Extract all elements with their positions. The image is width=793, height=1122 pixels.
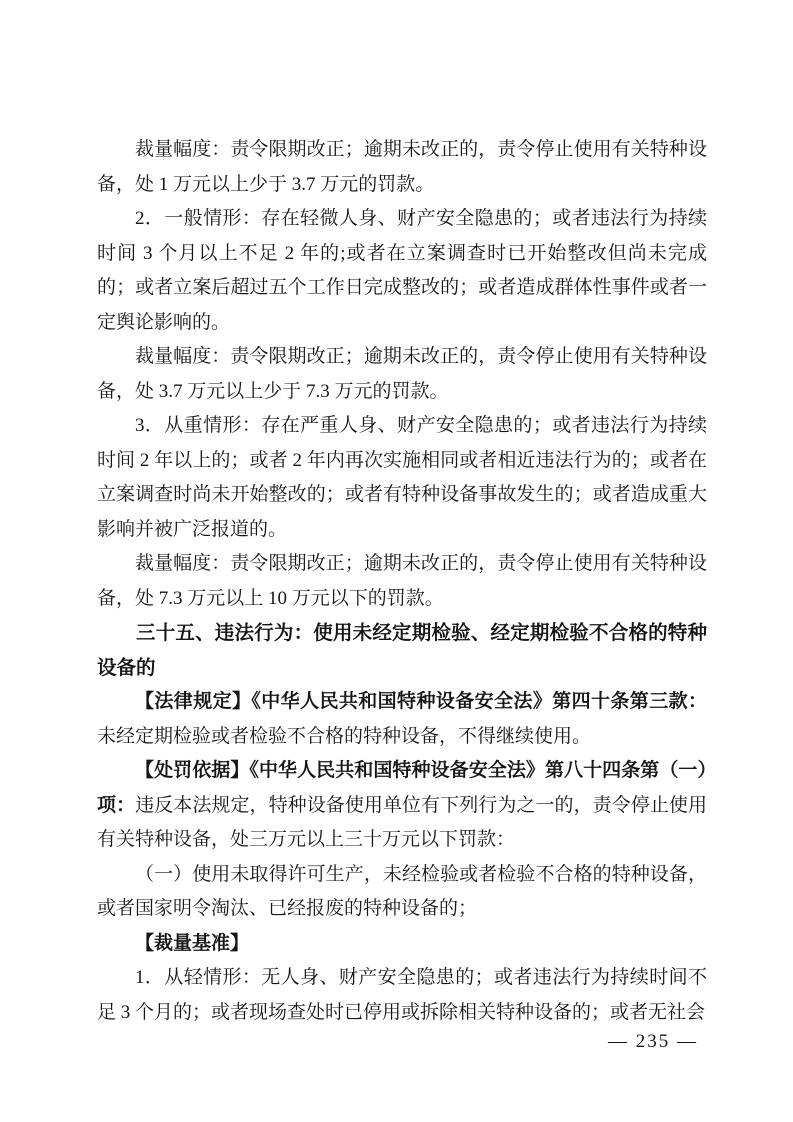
paragraph-aggravated-circumstance: 3．从重情形：存在严重人身、财产安全隐患的；或者违法行为持续时间 2 年以上的；… (97, 409, 707, 547)
paragraph-penalty-range-aggravated: 裁量幅度：责令限期改正；逾期未改正的，责令停止使用有关特种设备，处 7.3 万元… (97, 547, 707, 616)
document-page: 裁量幅度：责令限期改正；逾期未改正的，责令停止使用有关特种设备，处 1 万元以上… (0, 0, 793, 1122)
legal-provision-text: 未经定期检验或者检验不合格的特种设备，不得继续使用。 (97, 726, 591, 747)
section-heading-35: 三十五、违法行为：使用未经定期检验、经定期检验不合格的特种设备的 (97, 616, 707, 685)
paragraph-penalty-basis: 【处罚依据】《中华人民共和国特种设备安全法》第八十四条第（一）项：违反本法规定，… (97, 754, 707, 858)
paragraph-legal-provision: 【法律规定】《中华人民共和国特种设备安全法》第四十条第三款：未经定期检验或者检验… (97, 685, 707, 754)
page-body: 裁量幅度：责令限期改正；逾期未改正的，责令停止使用有关特种设备，处 1 万元以上… (97, 133, 707, 1030)
page-number: — 235 — (608, 1031, 698, 1053)
paragraph-penalty-range-minor: 裁量幅度：责令限期改正；逾期未改正的，责令停止使用有关特种设备，处 1 万元以上… (97, 133, 707, 202)
legal-provision-label: 【法律规定】《中华人民共和国特种设备安全法》第四十条第三款： (135, 691, 707, 712)
paragraph-general-circumstance: 2．一般情形：存在轻微人身、财产安全隐患的；或者违法行为持续时间 3 个月以上不… (97, 202, 707, 340)
paragraph-penalty-range-general: 裁量幅度：责令限期改正；逾期未改正的，责令停止使用有关特种设备，处 3.7 万元… (97, 340, 707, 409)
paragraph-lenient-circumstance: 1．从轻情形：无人身、财产安全隐患的；或者违法行为持续时间不足 3 个月的；或者… (97, 961, 707, 1030)
paragraph-item-one: （一）使用未取得许可生产，未经检验或者检验不合格的特种设备，或者国家明令淘汰、已… (97, 858, 707, 927)
discretion-benchmark-heading: 【裁量基准】 (97, 927, 707, 962)
penalty-basis-text: 违反本法规定，特种设备使用单位有下列行为之一的，责令停止使用有关特种设备，处三万… (97, 795, 707, 851)
